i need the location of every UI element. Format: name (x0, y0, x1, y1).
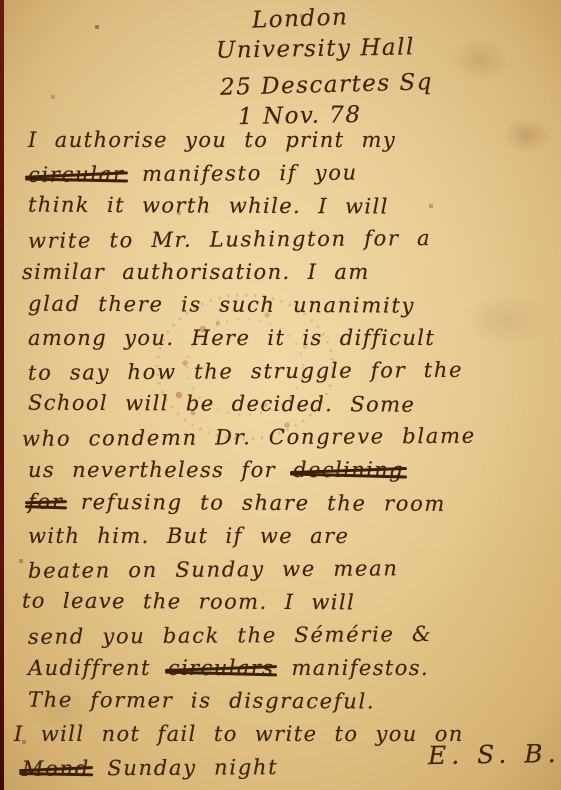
letter-line: I authorise you to print my (28, 124, 557, 157)
line-text: send you back the Sémérie & (28, 622, 433, 649)
line-text: School will be decided. Some (28, 391, 415, 417)
struck-word: circulars (168, 652, 274, 685)
letter-line: who condemn Dr. Congreve blame (22, 419, 557, 456)
paper-specks (0, 0, 2, 2)
line-text: think it worth while. I will (28, 193, 389, 219)
letter-line: among you. Here it is difficult (28, 322, 557, 355)
struck-word: circular (28, 158, 125, 192)
letter-line: glad there is such unanimity (28, 288, 557, 324)
letter-line: to leave the room. I will (22, 585, 557, 621)
letter-line: send you back the Sémérie & (28, 617, 557, 654)
heading-place-city: London (252, 4, 349, 33)
line-text: us nevertheless for (28, 458, 293, 482)
letter-line: for refusing to share the room (28, 486, 557, 522)
line-text: to say how the struggle for the (28, 358, 463, 385)
letter-line: write to Mr. Lushington for a (28, 221, 557, 258)
heading-address: 25 Descartes Sq (220, 69, 434, 101)
line-text: with him. But if we are (28, 524, 349, 548)
line-text: Sunday night (90, 755, 279, 780)
struck-word: Mond (22, 752, 90, 785)
line-text: to leave the room. I will (22, 589, 355, 615)
letter-body: I authorise you to print mycircular mani… (20, 124, 557, 784)
struck-word: for (28, 486, 64, 519)
line-text: write to Mr. Lushington for a (28, 226, 431, 253)
line-text: The former is disgraceful. (28, 688, 375, 714)
struck-word: declining (293, 454, 404, 487)
letter-scan: London University Hall 25 Descartes Sq 1… (0, 0, 561, 790)
line-text: who condemn Dr. Congreve blame (22, 424, 476, 451)
line-text: glad there is such unanimity (28, 292, 415, 318)
letter-line: The former is disgraceful. (28, 684, 557, 720)
signature-initials: E. S. B. (428, 739, 561, 770)
letter-line: with him. But if we are (28, 520, 557, 553)
letter-line: to say how the struggle for the (28, 353, 557, 390)
line-text: manifesto if you (125, 161, 358, 187)
letter-line: circular manifesto if you (28, 155, 557, 192)
line-text: I authorise you to print my (28, 128, 396, 152)
line-text: beaten on Sunday we mean (28, 556, 399, 583)
line-text: similar authorisation. I am (22, 260, 370, 284)
line-text: among you. Here it is difficult (28, 326, 435, 350)
line-text: manifestos. (274, 656, 429, 680)
letter-line: us nevertheless for declining (28, 454, 557, 487)
line-text: I will not fail to write to you on (14, 722, 464, 746)
letter-line: Audiffrent circulars manifestos. (28, 652, 557, 685)
letter-line: beaten on Sunday we mean (28, 551, 557, 588)
binding-edge (0, 0, 4, 790)
letter-line: think it worth while. I will (28, 189, 557, 225)
heading-place-building: University Hall (216, 34, 415, 63)
letter-line: similar authorisation. I am (22, 256, 557, 289)
line-text: Audiffrent (28, 656, 168, 680)
line-text: refusing to share the room (64, 490, 447, 516)
letter-line: School will be decided. Some (28, 387, 557, 423)
